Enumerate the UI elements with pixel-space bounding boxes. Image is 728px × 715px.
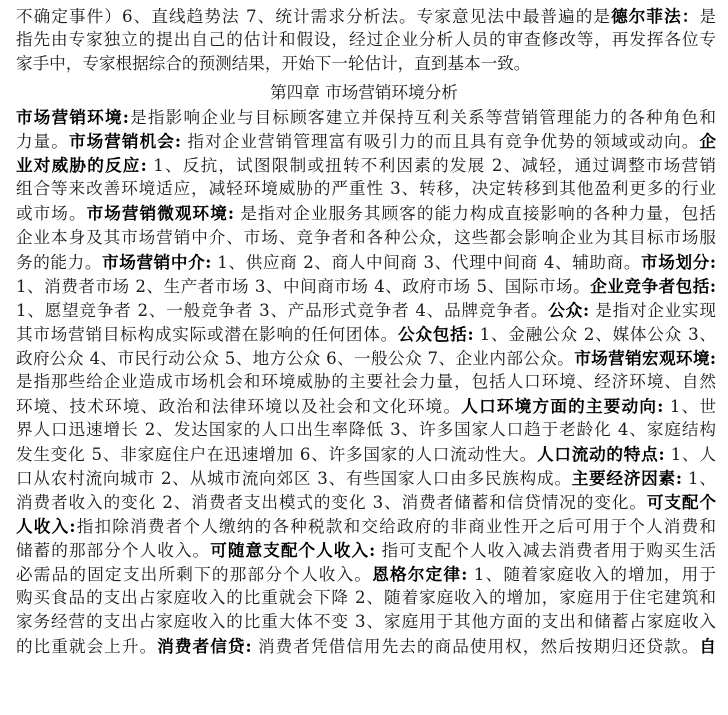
body-text: 是指那些给企业造成市场机会和环境威胁的主要社会力量，包括人口环境、经济环境、自然 bbox=[16, 372, 716, 391]
term-label: 业对威胁的反应: bbox=[16, 155, 147, 175]
term-label: 市场营销环境: bbox=[16, 107, 129, 127]
body-text: 购买食品的支出占家庭收入的比重就会下降 2、随着家庭收入的增加，家庭用于住宅建筑… bbox=[16, 588, 716, 607]
term-label: 企 bbox=[699, 131, 716, 151]
text-line: 指先由专家独立的提出自己的估计和假设，经过企业分析人员的审查修改等，再发挥各位专 bbox=[16, 28, 716, 52]
term-label: 人口流动的特点: bbox=[537, 444, 665, 464]
body-text: 不确定事件）6、直线趋势法 7、统计需求分析法。专家意见法中最普遍的是 bbox=[16, 7, 611, 26]
text-line: 其市场营销目标构成实际或潜在影响的任何团体。公众包括: 1、金融公众 2、媒体公… bbox=[16, 322, 716, 346]
body-text: 指扣除消费者个人缴纳的各种税款和交给政府的非商业性开之后可用于个人消费和 bbox=[76, 517, 716, 536]
body-text: 指可支配个人收入减去消费者用于购买生活 bbox=[375, 541, 716, 560]
text-line: 必需品的固定支出所剩下的那部分个人收入。恩格尔定律: 1、随着家庭收入的增加，用… bbox=[16, 562, 716, 586]
term-label: 公众包括: bbox=[398, 324, 474, 344]
text-line: 企业本身及其市场营销中介、市场、竞争者和各种公众，这些都会影响企业为其目标市场服 bbox=[16, 226, 716, 250]
body-text: 是 bbox=[699, 7, 716, 26]
body-text: 1、世 bbox=[663, 397, 716, 416]
body-text: 消费者凭借信用先去的商品使用权，然后按期归还贷款。 bbox=[252, 637, 700, 656]
body-text: 指先由专家独立的提出自己的估计和假设，经过企业分析人员的审查修改等，再发挥各位专 bbox=[16, 30, 716, 49]
term-label: 市场营销机会: bbox=[69, 131, 181, 151]
body-text: 力量。 bbox=[16, 132, 69, 151]
body-text: 其市场营销目标构成实际或潜在影响的任何团体。 bbox=[16, 325, 398, 344]
body-text: 1、人 bbox=[665, 445, 716, 464]
text-line: 口从农村流向城市 2、从城市流向郊区 3、有些国家人口由多民族构成。主要经济因素… bbox=[16, 466, 716, 490]
text-line: 家手中，专家根据综合的预测结果，开始下一轮估计，直到基本一致。 bbox=[16, 52, 716, 76]
body-text: 1、消费者市场 2、生产者市场 3、中间商市场 4、政府市场 5、国际市场。 bbox=[16, 277, 590, 296]
body-text: 消费者收入的变化 2、消费者支出模式的变化 3、消费者储蓄和信贷情况的变化。 bbox=[16, 493, 647, 512]
term-label: 人收入: bbox=[16, 516, 76, 536]
text-line: 是指那些给企业造成市场机会和环境威胁的主要社会力量，包括人口环境、经济环境、自然 bbox=[16, 370, 716, 394]
body-text: 1、供应商 2、商人中间商 3、代理中间商 4、辅助商。 bbox=[211, 253, 641, 272]
text-line: 不确定事件）6、直线趋势法 7、统计需求分析法。专家意见法中最普遍的是德尔菲法：… bbox=[16, 4, 716, 28]
text-line: 业对威胁的反应: 1、反抗，试图限制或扭转不利因素的发展 2、减轻，通过调整市场… bbox=[16, 153, 716, 177]
body-text: 家手中，专家根据综合的预测结果，开始下一轮估计，直到基本一致。 bbox=[16, 54, 530, 73]
body-text: 1、 bbox=[682, 469, 716, 488]
term-label: 市场营销宏观环境: bbox=[574, 348, 716, 368]
term-label: 德尔菲法： bbox=[611, 6, 699, 26]
term-label: 可支配个 bbox=[647, 492, 716, 512]
text-line: 务的能力。市场营销中介: 1、供应商 2、商人中间商 3、代理中间商 4、辅助商… bbox=[16, 250, 716, 274]
term-label: 消费者信贷: bbox=[157, 636, 251, 656]
text-line: 组合等来改善环境适应，减轻环境威胁的严重性 3、转移，决定转移到其他盈利更多的行… bbox=[16, 177, 716, 201]
body-text: 是指对企业服务其顾客的能力构成直接影响的各种力量，包括 bbox=[234, 204, 716, 223]
term-label: 市场营销微观环境: bbox=[87, 203, 234, 223]
term-label: 自 bbox=[699, 636, 716, 656]
body-text: 家务经营的支出占家庭收入的比重大体不变 3、家庭用于其他方面的支出和储蓄占家庭收… bbox=[16, 612, 716, 631]
text-line: 界人口迅速增长 2、发达国家的人口出生率降低 3、许多国家人口趋于老龄化 4、家… bbox=[16, 418, 716, 442]
text-line: 环境、技术环境、政治和法律环境以及社会和文化环境。人口环境方面的主要动向: 1、… bbox=[16, 394, 716, 418]
text-line: 1、愿望竞争者 2、一般竞争者 3、产品形式竞争者 4、品牌竞争者。公众: 是指… bbox=[16, 298, 716, 322]
term-label: 可随意支配个人收入: bbox=[210, 540, 375, 560]
text-line: 市场营销环境:是指影响企业与目标顾客建立并保持互利关系等营销管理能力的各种角色和 bbox=[16, 105, 716, 129]
text-line: 消费者收入的变化 2、消费者支出模式的变化 3、消费者储蓄和信贷情况的变化。可支… bbox=[16, 490, 716, 514]
text-line: 购买食品的支出占家庭收入的比重就会下降 2、随着家庭收入的增加，家庭用于住宅建筑… bbox=[16, 586, 716, 610]
body-text: 1、金融公众 2、媒体公众 3、 bbox=[474, 325, 716, 344]
text-line: 家务经营的支出占家庭收入的比重大体不变 3、家庭用于其他方面的支出和储蓄占家庭收… bbox=[16, 610, 716, 634]
term-label: 恩格尔定律: bbox=[372, 564, 467, 584]
body-text: 环境、技术环境、政治和法律环境以及社会和文化环境。 bbox=[16, 397, 461, 416]
text-line: 政府公众 4、市民行动公众 5、地方公众 6、一般公众 7、企业内部公众。市场营… bbox=[16, 346, 716, 370]
body-text: 指对企业营销管理富有吸引力的而且具有竞争优势的领域或动向。 bbox=[181, 132, 699, 151]
body-text: 务的能力。 bbox=[16, 253, 102, 272]
body-text: 1、随着家庭收入的增加，用于 bbox=[467, 565, 716, 584]
term-label: 人口环境方面的主要动向: bbox=[461, 396, 663, 416]
term-label: 市场划分: bbox=[641, 252, 716, 272]
body-text: 储蓄的那部分个人收入。 bbox=[16, 541, 210, 560]
term-label: 市场营销中介: bbox=[102, 252, 211, 272]
body-text: 的比重就会上升。 bbox=[16, 637, 157, 656]
body-text: 企业本身及其市场营销中介、市场、竞争者和各种公众，这些都会影响企业为其目标市场服 bbox=[16, 228, 716, 247]
body-text: 必需品的固定支出所剩下的那部分个人收入。 bbox=[16, 565, 372, 584]
text-line: 发生变化 5、非家庭住户在迅速增加 6、许多国家的人口流动性大。人口流动的特点:… bbox=[16, 442, 716, 466]
term-label: 企业竞争者包括: bbox=[590, 276, 716, 296]
body-text: 发生变化 5、非家庭住户在迅速增加 6、许多国家的人口流动性大。 bbox=[16, 445, 537, 464]
document-page: 不确定事件）6、直线趋势法 7、统计需求分析法。专家意见法中最普遍的是德尔菲法：… bbox=[0, 0, 728, 715]
body-text: 1、反抗，试图限制或扭转不利因素的发展 2、减轻，通过调整市场营销 bbox=[147, 156, 716, 175]
body-text: 界人口迅速增长 2、发达国家的人口出生率降低 3、许多国家人口趋于老龄化 4、家… bbox=[16, 420, 716, 439]
body-text: 1、愿望竞争者 2、一般竞争者 3、产品形式竞争者 4、品牌竞争者。 bbox=[16, 301, 548, 320]
body-text: 组合等来改善环境适应，减轻环境威胁的严重性 3、转移，决定转移到其他盈利更多的行… bbox=[16, 179, 716, 198]
body-text: 或市场。 bbox=[16, 204, 87, 223]
text-line: 储蓄的那部分个人收入。可随意支配个人收入: 指可支配个人收入减去消费者用于购买生… bbox=[16, 538, 716, 562]
chapter-heading: 第四章 市场营销环境分析 bbox=[0, 81, 728, 105]
term-label: 主要经济因素: bbox=[572, 468, 682, 488]
text-line: 1、消费者市场 2、生产者市场 3、中间商市场 4、政府市场 5、国际市场。企业… bbox=[16, 274, 716, 298]
text-line: 力量。市场营销机会: 指对企业营销管理富有吸引力的而且具有竞争优势的领域或动向。… bbox=[16, 129, 716, 153]
body-text: 是指对企业实现 bbox=[589, 301, 716, 320]
text-line: 人收入:指扣除消费者个人缴纳的各种税款和交给政府的非商业性开之后可用于个人消费和 bbox=[16, 514, 716, 538]
text-line: 的比重就会上升。消费者信贷: 消费者凭借信用先去的商品使用权，然后按期归还贷款。… bbox=[16, 634, 716, 658]
body-text: 是指影响企业与目标顾客建立并保持互利关系等营销管理能力的各种角色和 bbox=[129, 108, 716, 127]
text-line: 或市场。市场营销微观环境: 是指对企业服务其顾客的能力构成直接影响的各种力量，包… bbox=[16, 201, 716, 225]
body-text: 政府公众 4、市民行动公众 5、地方公众 6、一般公众 7、企业内部公众。 bbox=[16, 349, 574, 368]
body-text: 口从农村流向城市 2、从城市流向郊区 3、有些国家人口由多民族构成。 bbox=[16, 469, 572, 488]
body-text: 第四章 市场营销环境分析 bbox=[270, 83, 458, 102]
term-label: 公众: bbox=[548, 300, 589, 320]
